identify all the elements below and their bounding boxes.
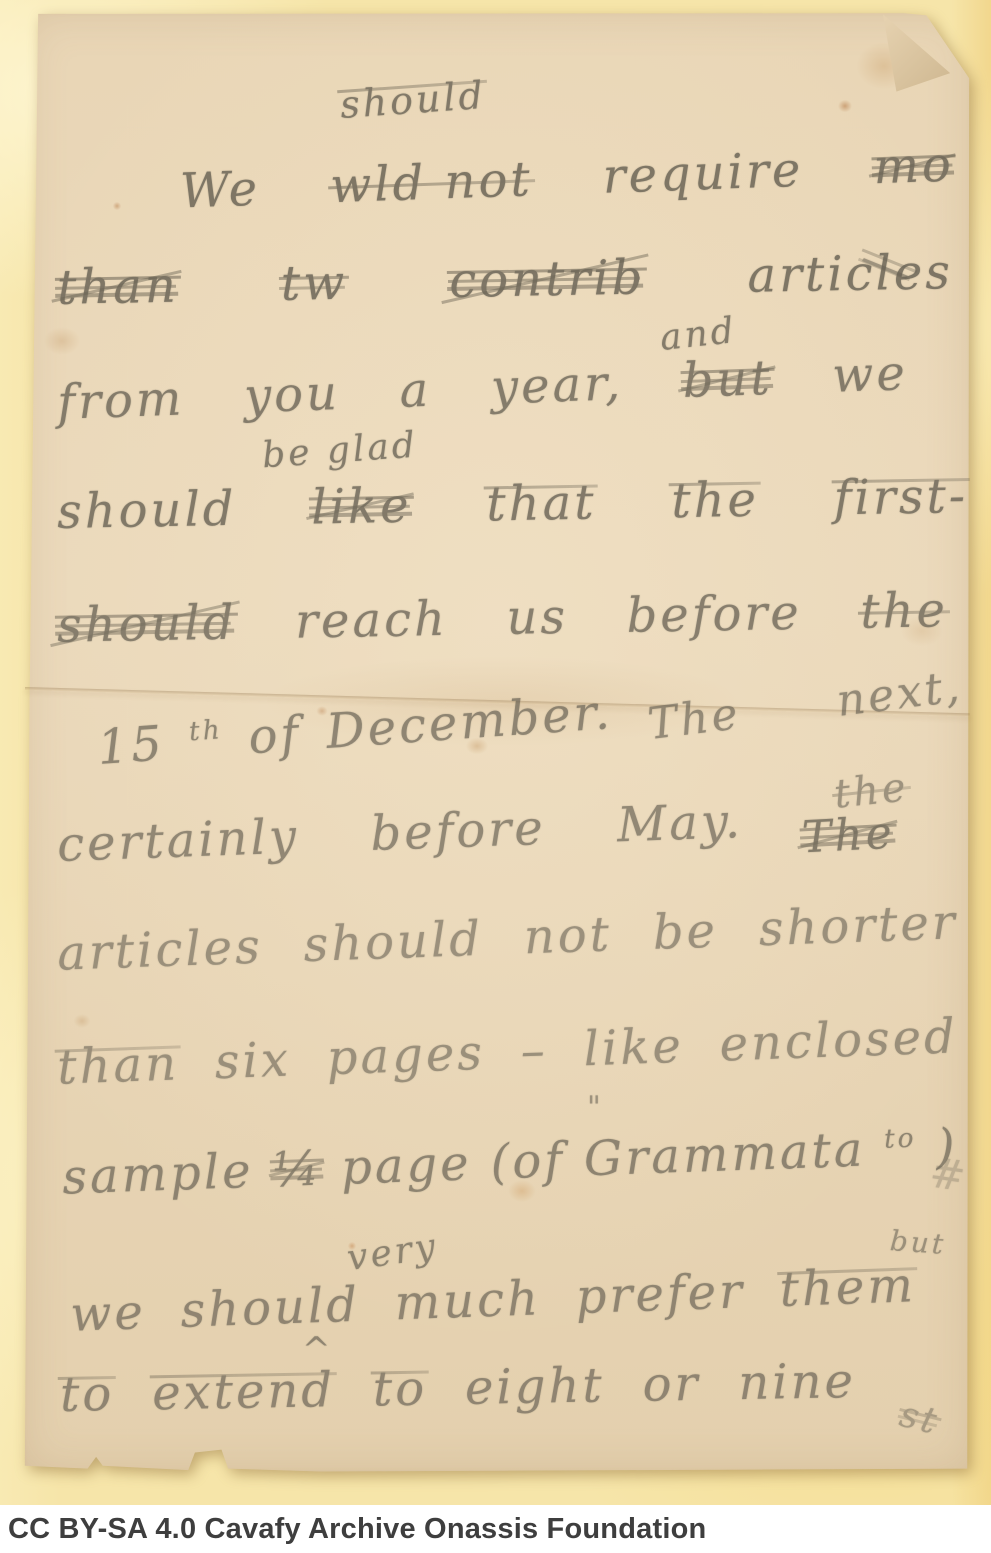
handwriting-word: prefer	[573, 1263, 748, 1325]
handwriting-word: require	[600, 142, 807, 205]
handwriting-word: certainly	[54, 808, 302, 873]
handwriting-word: reach	[293, 591, 451, 650]
handwriting-word: #	[925, 1147, 974, 1201]
handwriting-word: We	[177, 161, 263, 220]
handwriting-word: than	[55, 258, 182, 316]
mark-but: but	[887, 1224, 949, 1261]
handwriting-word: them	[777, 1257, 919, 1318]
handwriting-word: the	[669, 472, 762, 530]
handwriting-word: to	[58, 1366, 117, 1423]
handwriting-word: before	[624, 585, 804, 644]
handwriting-word: shorter	[756, 894, 961, 957]
handwriting-word: pages	[324, 1025, 488, 1087]
handwriting-word: articles	[54, 918, 265, 981]
handwriting-word: contrib	[447, 250, 648, 309]
handwriting-word: May.	[614, 793, 746, 853]
handwriting-word: six	[212, 1032, 294, 1091]
handwriting-word: to	[881, 1123, 919, 1155]
handwriting-word: us	[504, 589, 571, 646]
handwriting-word: before	[368, 800, 549, 862]
handwriting-word: we	[67, 1284, 148, 1343]
handwriting-word: a	[397, 362, 435, 419]
handwriting-word: to	[370, 1361, 429, 1418]
handwriting-word: like	[581, 1018, 687, 1078]
handwriting-word: of	[245, 706, 305, 766]
handwriting-word: th	[186, 714, 226, 748]
handwriting-word: wld not	[327, 151, 535, 214]
handwriting-word: should	[55, 595, 239, 654]
handwriting-word: that	[484, 475, 599, 533]
handwriting-word: the	[858, 582, 951, 640]
mark-the-scribbled: The	[799, 808, 898, 864]
handwriting-word: nine	[736, 1353, 859, 1411]
handwriting-word: (of	[488, 1132, 568, 1191]
handwriting-word: eight	[463, 1357, 608, 1415]
handwriting-word: should	[301, 911, 486, 973]
handwriting-word: like	[309, 478, 414, 536]
handwriting-word: –	[518, 1023, 551, 1080]
hash-mark: #	[925, 1147, 974, 1201]
handwriting-word: first-	[831, 468, 970, 526]
scanned-manuscript-page: shouldWewld notrequiremo—thantwcontribar…	[0, 0, 991, 1553]
handwriting-word: Grammata	[581, 1122, 868, 1188]
handwriting-word: but	[887, 1224, 949, 1261]
handwriting-word: you	[241, 365, 343, 424]
handwriting-word: we	[829, 345, 910, 404]
handwriting-word: The	[799, 808, 898, 864]
handwriting-word: but	[680, 350, 776, 409]
handwriting-word: extend	[150, 1362, 338, 1421]
handwriting-word: tw	[278, 255, 349, 312]
handwriting-word: ¼	[270, 1141, 325, 1199]
handwriting-word: much	[392, 1270, 544, 1331]
handwriting-word: enclosed	[717, 1008, 961, 1072]
handwriting-word: be	[650, 903, 721, 961]
license-caption-text: CC BY-SA 4.0 Cavafy Archive Onassis Foun…	[0, 1513, 706, 1546]
handwriting-word: page	[338, 1135, 474, 1196]
quote-mark: "	[585, 1090, 606, 1125]
handwriting-word: than	[54, 1035, 182, 1095]
handwriting-word: year,	[488, 355, 626, 416]
handwriting-word: "	[585, 1090, 606, 1125]
handwriting-word: from	[54, 370, 187, 431]
handwriting-word: 15	[94, 715, 169, 776]
handwriting-word: articles	[745, 244, 955, 304]
handwriting-word: mo	[870, 136, 956, 195]
handwriting-word: or	[640, 1356, 703, 1413]
handwriting-word: sample	[59, 1143, 256, 1206]
license-caption-bar: CC BY-SA 4.0 Cavafy Archive Onassis Foun…	[0, 1505, 991, 1553]
handwriting-word: should	[55, 481, 239, 540]
handwriting-word: not	[521, 906, 615, 965]
